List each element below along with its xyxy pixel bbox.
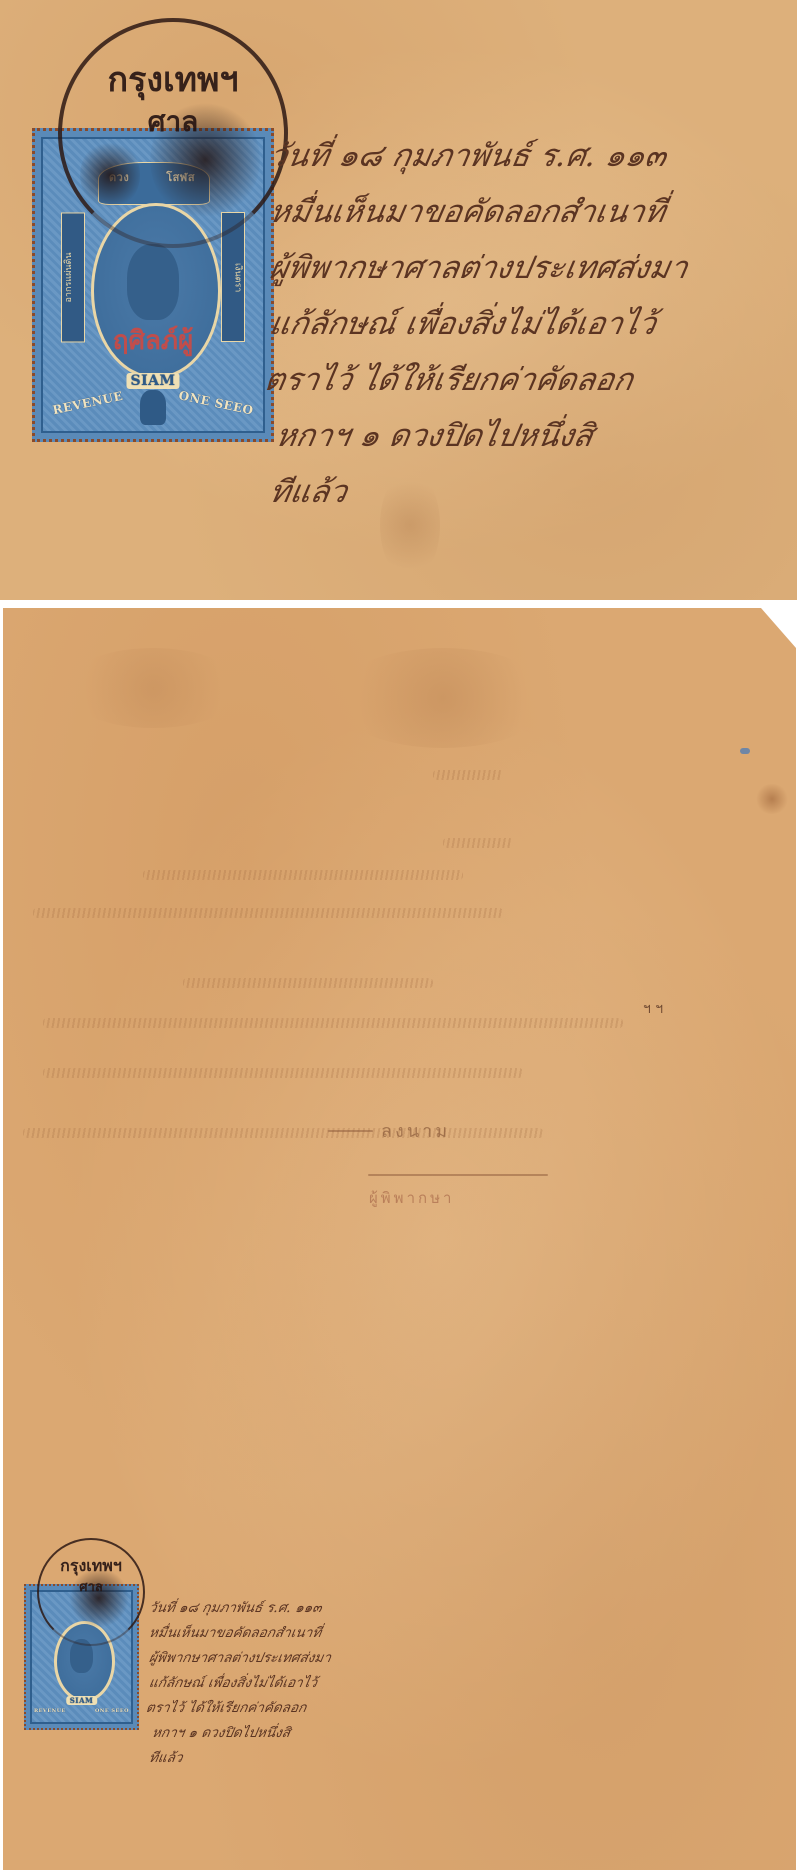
handwriting-line: แก้ลักษณ์ เพื่องสิ่งไม่ได้เอาไว้ <box>147 1671 333 1696</box>
faded-signature-title: ผู้พิพากษา <box>369 1186 454 1210</box>
stamp-siam-label: SIAM <box>66 1696 98 1705</box>
faded-signature-name: ลงนาม <box>381 1116 450 1145</box>
handwriting-line: หกาฯ ๑ ดวงปิดไปหนึ่งสิ <box>150 1721 333 1746</box>
handwriting-line: หมื่นเห็นมาขอคัดลอกสำเนาที่ <box>147 1621 333 1646</box>
blue-fleck <box>740 748 750 754</box>
faded-text <box>23 1128 543 1138</box>
stamp-siam-label: SIAM <box>126 373 179 389</box>
stamp-value-label: ONE SEEO <box>95 1708 129 1714</box>
stamp-side-text-left: อากรแผ่นดิน <box>61 212 85 342</box>
top-detail-panel: ดวง โสฬส อากรแผ่นดิน เงินตรา ฤศิลภ์ผู้ S… <box>0 0 797 600</box>
elephant-icon <box>140 390 166 425</box>
handwriting-line: ทีแล้ว <box>265 464 692 520</box>
postmark-text-line1: กรุงเทพฯ <box>108 52 239 106</box>
faded-text <box>443 838 513 848</box>
handwriting-line: แก้ลักษณ์ เพื่องสิ่งไม่ได้เอาไว้ <box>265 296 692 352</box>
faded-text <box>43 1068 523 1078</box>
margin-mark: ฯ ฯ <box>643 998 663 1020</box>
handwriting-line: วันที่ ๑๘ กุมภาพันธ์ ร.ศ. ๑๑๓ <box>147 1596 333 1621</box>
handwriting-line: ทีแล้ว <box>147 1746 333 1771</box>
handwriting-line: ผู้พิพากษาศาลต่างประเทศส่งมา <box>147 1646 333 1671</box>
ink-smudge <box>150 100 260 220</box>
handwriting-line: ผู้พิพากษาศาลต่างประเทศส่งมา <box>265 240 692 296</box>
stamp-red-overprint: ฤศิลภ์ผู้ <box>113 320 194 361</box>
foxing-stain <box>333 648 553 748</box>
full-document-sheet: ฯ ฯ ลงนาม ผู้พิพากษา SIAM REVENUE ONE SE… <box>3 608 796 1870</box>
faded-text <box>143 870 463 880</box>
handwriting-line: ตราไว้ ได้ให้เรียกค่าคัดลอก <box>260 352 692 408</box>
signature-dash <box>328 1130 373 1132</box>
ink-smudge <box>80 140 140 210</box>
handwritten-note-small: วันที่ ๑๘ กุมภาพันธ์ ร.ศ. ๑๑๓ หมื่นเห็นม… <box>149 1596 331 1771</box>
foxing-stain <box>63 648 243 728</box>
handwritten-note: วันที่ ๑๘ กุมภาพันธ์ ร.ศ. ๑๑๓ หมื่นเห็นม… <box>270 128 687 520</box>
faded-text <box>43 1018 623 1028</box>
stamp-value-label: ONE SEEO <box>177 388 254 418</box>
handwriting-line: หกาฯ ๑ ดวงปิดไปหนึ่งสิ <box>271 408 692 464</box>
handwriting-line: วันที่ ๑๘ กุมภาพันธ์ ร.ศ. ๑๑๓ <box>265 128 692 184</box>
signature-underline <box>368 1174 548 1176</box>
handwriting-line: หมื่นเห็นมาขอคัดลอกสำเนาที่ <box>265 184 692 240</box>
king-portrait-icon <box>127 244 180 320</box>
faded-text <box>183 978 433 988</box>
faded-text <box>33 908 503 918</box>
dark-spot-stain <box>755 784 789 814</box>
ink-smudge <box>69 1568 129 1628</box>
handwriting-line: ตราไว้ ได้ให้เรียกค่าคัดลอก <box>144 1696 333 1721</box>
stamp-revenue-label: REVENUE <box>34 1708 66 1714</box>
stamp-revenue-label: REVENUE <box>51 389 124 418</box>
faded-text <box>433 770 503 780</box>
